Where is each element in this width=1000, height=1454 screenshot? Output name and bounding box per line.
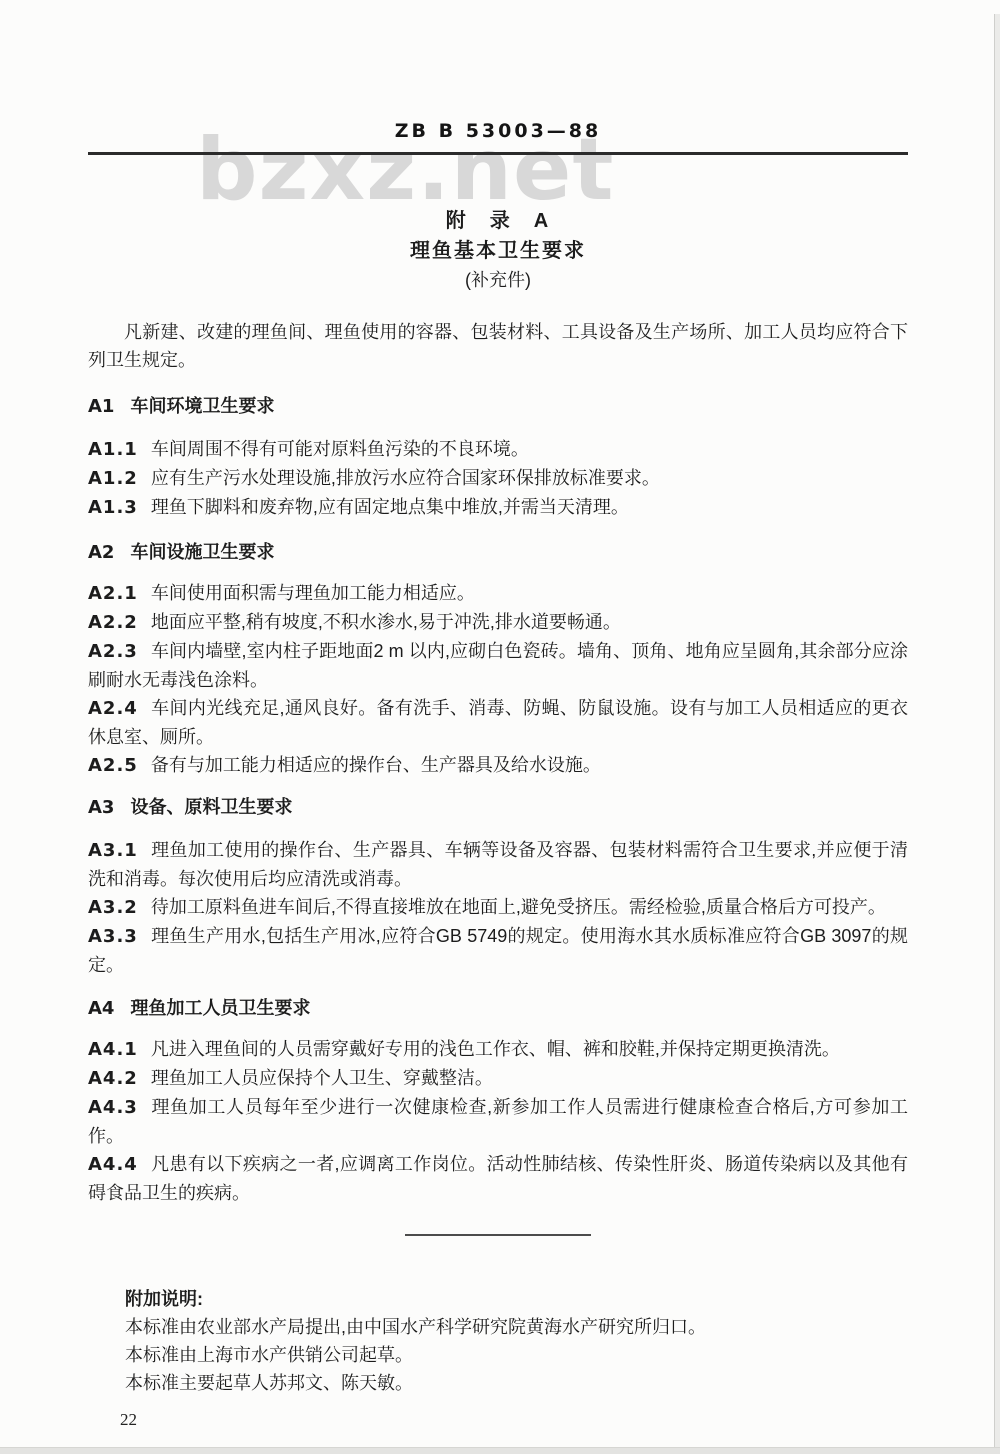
- clause-text: 待加工原料鱼进车间后,不得直接堆放在地面上,避免受挤压。需经检验,质量合格后方可…: [151, 897, 886, 917]
- section-title: 理鱼加工人员卫生要求: [130, 998, 310, 1018]
- clause-number: A3.3: [88, 926, 138, 947]
- clause-number: A4.2: [88, 1068, 138, 1089]
- note-line-3: 本标准主要起草人苏邦文、陈天敏。: [125, 1369, 908, 1397]
- clause-number: A2.3: [88, 641, 138, 662]
- section-heading-a3: A3设备、原料卫生要求: [88, 793, 908, 822]
- section-a4-items: A4.1凡进入理鱼间的人员需穿戴好专用的浅色工作衣、帽、裤和胶鞋,并保持定期更换…: [88, 1035, 908, 1207]
- appendix-title: 附 录 A: [88, 209, 908, 233]
- notes-heading: 附加说明:: [125, 1285, 908, 1313]
- doc-subtitle: (补充件): [88, 269, 908, 291]
- clause-a2-3: A2.3车间内墙壁,室内柱子距地面2 m 以内,应砌白色瓷砖。墙角、顶角、地角应…: [88, 637, 908, 694]
- clause-number: A2.4: [88, 698, 138, 719]
- clause-a3-2: A3.2待加工原料鱼进车间后,不得直接堆放在地面上,避免受挤压。需经检验,质量合…: [88, 893, 908, 922]
- clause-number: A1.1: [88, 439, 138, 460]
- clause-number: A2.1: [88, 583, 138, 604]
- clause-a2-2: A2.2地面应平整,稍有坡度,不积水渗水,易于冲洗,排水道要畅通。: [88, 608, 908, 637]
- clause-a4-1: A4.1凡进入理鱼间的人员需穿戴好专用的浅色工作衣、帽、裤和胶鞋,并保持定期更换…: [88, 1035, 908, 1064]
- header-rule: [88, 152, 908, 155]
- section-a1-items: A1.1车间周围不得有可能对原料鱼污染的不良环境。 A1.2应有生产污水处理设施…: [88, 435, 908, 522]
- section-number: A4: [88, 998, 114, 1019]
- clause-text: 备有与加工能力相适应的操作台、生产器具及给水设施。: [151, 755, 601, 775]
- clause-a2-1: A2.1车间使用面积需与理鱼加工能力相适应。: [88, 579, 908, 608]
- clause-a1-3: A1.3理鱼下脚料和废弃物,应有固定地点集中堆放,并需当天清理。: [88, 493, 908, 522]
- clause-number: A1.2: [88, 468, 138, 489]
- clause-text: 凡进入理鱼间的人员需穿戴好专用的浅色工作衣、帽、裤和胶鞋,并保持定期更换清洗。: [151, 1039, 840, 1059]
- clause-a4-2: A4.2理鱼加工人员应保持个人卫生、穿戴整洁。: [88, 1064, 908, 1093]
- section-number: A1: [88, 396, 114, 417]
- clause-number: A3.2: [88, 897, 138, 918]
- clause-number: A4.4: [88, 1154, 138, 1175]
- section-heading-a4: A4理鱼加工人员卫生要求: [88, 994, 908, 1023]
- additional-notes: 附加说明: 本标准由农业部水产局提出,由中国水产科学研究院黄海水产研究所归口。 …: [125, 1285, 908, 1397]
- end-of-appendix-divider: [405, 1234, 591, 1236]
- clause-number: A1.3: [88, 497, 138, 518]
- scanned-document-page: bzxz.net ZB B 53003—88 附 录 A 理鱼基本卫生要求 (补…: [0, 0, 1000, 1454]
- clause-number: A4.1: [88, 1039, 138, 1060]
- section-number: A2: [88, 542, 114, 563]
- section-title: 车间设施卫生要求: [130, 542, 274, 562]
- clause-text: 理鱼加工人员每年至少进行一次健康检查,新参加工作人员需进行健康检查合格后,方可参…: [88, 1097, 908, 1146]
- section-a2-items: A2.1车间使用面积需与理鱼加工能力相适应。 A2.2地面应平整,稍有坡度,不积…: [88, 579, 908, 780]
- clause-a3-1: A3.1理鱼加工使用的操作台、生产器具、车辆等设备及容器、包装材料需符合卫生要求…: [88, 836, 908, 893]
- section-title: 车间环境卫生要求: [130, 396, 274, 416]
- clause-a2-5: A2.5备有与加工能力相适应的操作台、生产器具及给水设施。: [88, 751, 908, 780]
- scan-edge-bottom: [0, 1447, 1000, 1454]
- clause-text: 理鱼下脚料和废弃物,应有固定地点集中堆放,并需当天清理。: [151, 497, 629, 517]
- clause-text: 理鱼加工使用的操作台、生产器具、车辆等设备及容器、包装材料需符合卫生要求,并应便…: [88, 840, 908, 889]
- clause-a2-4: A2.4车间内光线充足,通风良好。备有洗手、消毒、防蝇、防鼠设施。设有与加工人员…: [88, 694, 908, 751]
- clause-a1-2: A1.2应有生产污水处理设施,排放污水应符合国家环保排放标准要求。: [88, 464, 908, 493]
- note-line-2: 本标准由上海市水产供销公司起草。: [125, 1341, 908, 1369]
- clause-a1-1: A1.1车间周围不得有可能对原料鱼污染的不良环境。: [88, 435, 908, 464]
- section-a3-items: A3.1理鱼加工使用的操作台、生产器具、车辆等设备及容器、包装材料需符合卫生要求…: [88, 836, 908, 979]
- standard-code: ZB B 53003—88: [88, 0, 908, 141]
- intro-paragraph: 凡新建、改建的理鱼间、理鱼使用的容器、包装材料、工具设备及生产场所、加工人员均应…: [88, 318, 908, 374]
- clause-text: 凡患有以下疾病之一者,应调离工作岗位。活动性肺结核、传染性肝炎、肠道传染病以及其…: [88, 1154, 908, 1203]
- page-number: 22: [120, 1410, 908, 1430]
- scan-edge-right: [994, 14, 1000, 1454]
- clause-text: 地面应平整,稍有坡度,不积水渗水,易于冲洗,排水道要畅通。: [151, 612, 621, 632]
- section-heading-a1: A1车间环境卫生要求: [88, 392, 908, 421]
- clause-a4-3: A4.3理鱼加工人员每年至少进行一次健康检查,新参加工作人员需进行健康检查合格后…: [88, 1093, 908, 1150]
- clause-text: 车间使用面积需与理鱼加工能力相适应。: [151, 583, 475, 603]
- clause-text: 车间内墙壁,室内柱子距地面2 m 以内,应砌白色瓷砖。墙角、顶角、地角应呈圆角,…: [88, 641, 908, 690]
- clause-number: A2.5: [88, 755, 138, 776]
- clause-text: 车间周围不得有可能对原料鱼污染的不良环境。: [151, 439, 529, 459]
- section-title: 设备、原料卫生要求: [130, 797, 292, 817]
- clause-number: A2.2: [88, 612, 138, 633]
- clause-number: A3.1: [88, 840, 138, 861]
- page-content: ZB B 53003—88 附 录 A 理鱼基本卫生要求 (补充件) 凡新建、改…: [88, 0, 908, 1430]
- clause-text: 应有生产污水处理设施,排放污水应符合国家环保排放标准要求。: [151, 468, 660, 488]
- clause-text: 理鱼生产用水,包括生产用冰,应符合GB 5749的规定。使用海水其水质标准应符合…: [88, 926, 908, 975]
- clause-number: A4.3: [88, 1097, 138, 1118]
- doc-title: 理鱼基本卫生要求: [88, 239, 908, 263]
- clause-a4-4: A4.4凡患有以下疾病之一者,应调离工作岗位。活动性肺结核、传染性肝炎、肠道传染…: [88, 1150, 908, 1207]
- note-line-1: 本标准由农业部水产局提出,由中国水产科学研究院黄海水产研究所归口。: [125, 1313, 908, 1341]
- section-heading-a2: A2车间设施卫生要求: [88, 538, 908, 567]
- clause-text: 车间内光线充足,通风良好。备有洗手、消毒、防蝇、防鼠设施。设有与加工人员相适应的…: [88, 698, 908, 747]
- section-number: A3: [88, 797, 114, 818]
- clause-a3-3: A3.3理鱼生产用水,包括生产用冰,应符合GB 5749的规定。使用海水其水质标…: [88, 922, 908, 979]
- clause-text: 理鱼加工人员应保持个人卫生、穿戴整洁。: [151, 1068, 493, 1088]
